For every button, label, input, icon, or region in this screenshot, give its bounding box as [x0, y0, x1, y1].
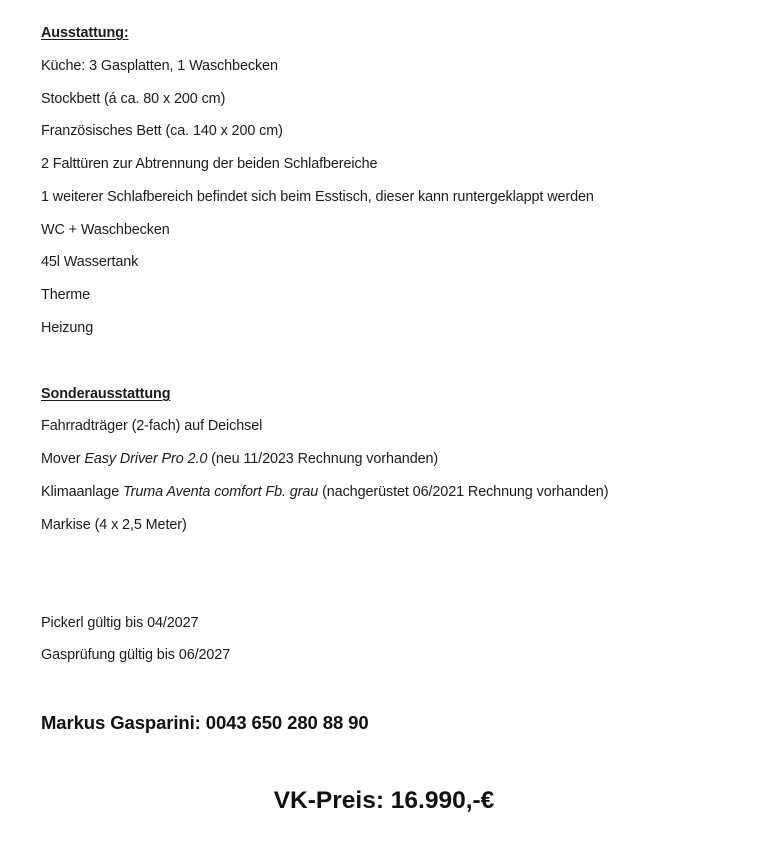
special-item-aircon: Klimaanlage Truma Aventa comfort Fb. gra… [41, 483, 608, 501]
equipment-item-wc: WC + Waschbecken [41, 221, 170, 239]
equipment-item-bunk-bed: Stockbett (á ca. 80 x 200 cm) [41, 90, 225, 108]
mover-suffix: (neu 11/2023 Rechnung vorhanden) [207, 451, 438, 467]
mover-prefix: Mover [41, 451, 84, 467]
inspection-pickerl: Pickerl gültig bis 04/2027 [41, 614, 198, 632]
equipment-item-extra-sleeping: 1 weiterer Schlafbereich befindet sich b… [41, 188, 594, 206]
aircon-model: Truma Aventa comfort Fb. grau [123, 484, 318, 500]
contact-phone: Markus Gasparini: 0043 650 280 88 90 [41, 712, 369, 734]
equipment-item-french-bed: Französisches Bett (ca. 140 x 200 cm) [41, 122, 283, 140]
equipment-item-heating: Heizung [41, 319, 93, 337]
mover-model: Easy Driver Pro 2.0 [84, 451, 207, 467]
equipment-heading: Ausstattung: [41, 24, 129, 42]
equipment-item-boiler: Therme [41, 286, 90, 304]
special-item-bike-rack: Fahrradträger (2-fach) auf Deichsel [41, 417, 262, 435]
aircon-suffix: (nachgerüstet 06/2021 Rechnung vorhanden… [318, 484, 608, 500]
equipment-item-kitchen: Küche: 3 Gasplatten, 1 Waschbecken [41, 57, 278, 75]
inspection-gas-check: Gasprüfung gültig bis 06/2027 [41, 646, 230, 664]
sale-price: VK-Preis: 16.990,-€ [0, 786, 768, 816]
special-item-awning: Markise (4 x 2,5 Meter) [41, 516, 187, 534]
aircon-prefix: Klimaanlage [41, 484, 123, 500]
special-equipment-heading: Sonderausstattung [41, 385, 170, 403]
equipment-item-water-tank: 45l Wassertank [41, 253, 138, 271]
special-item-mover: Mover Easy Driver Pro 2.0 (neu 11/2023 R… [41, 450, 438, 468]
equipment-item-folding-doors: 2 Falttüren zur Abtrennung der beiden Sc… [41, 155, 377, 173]
